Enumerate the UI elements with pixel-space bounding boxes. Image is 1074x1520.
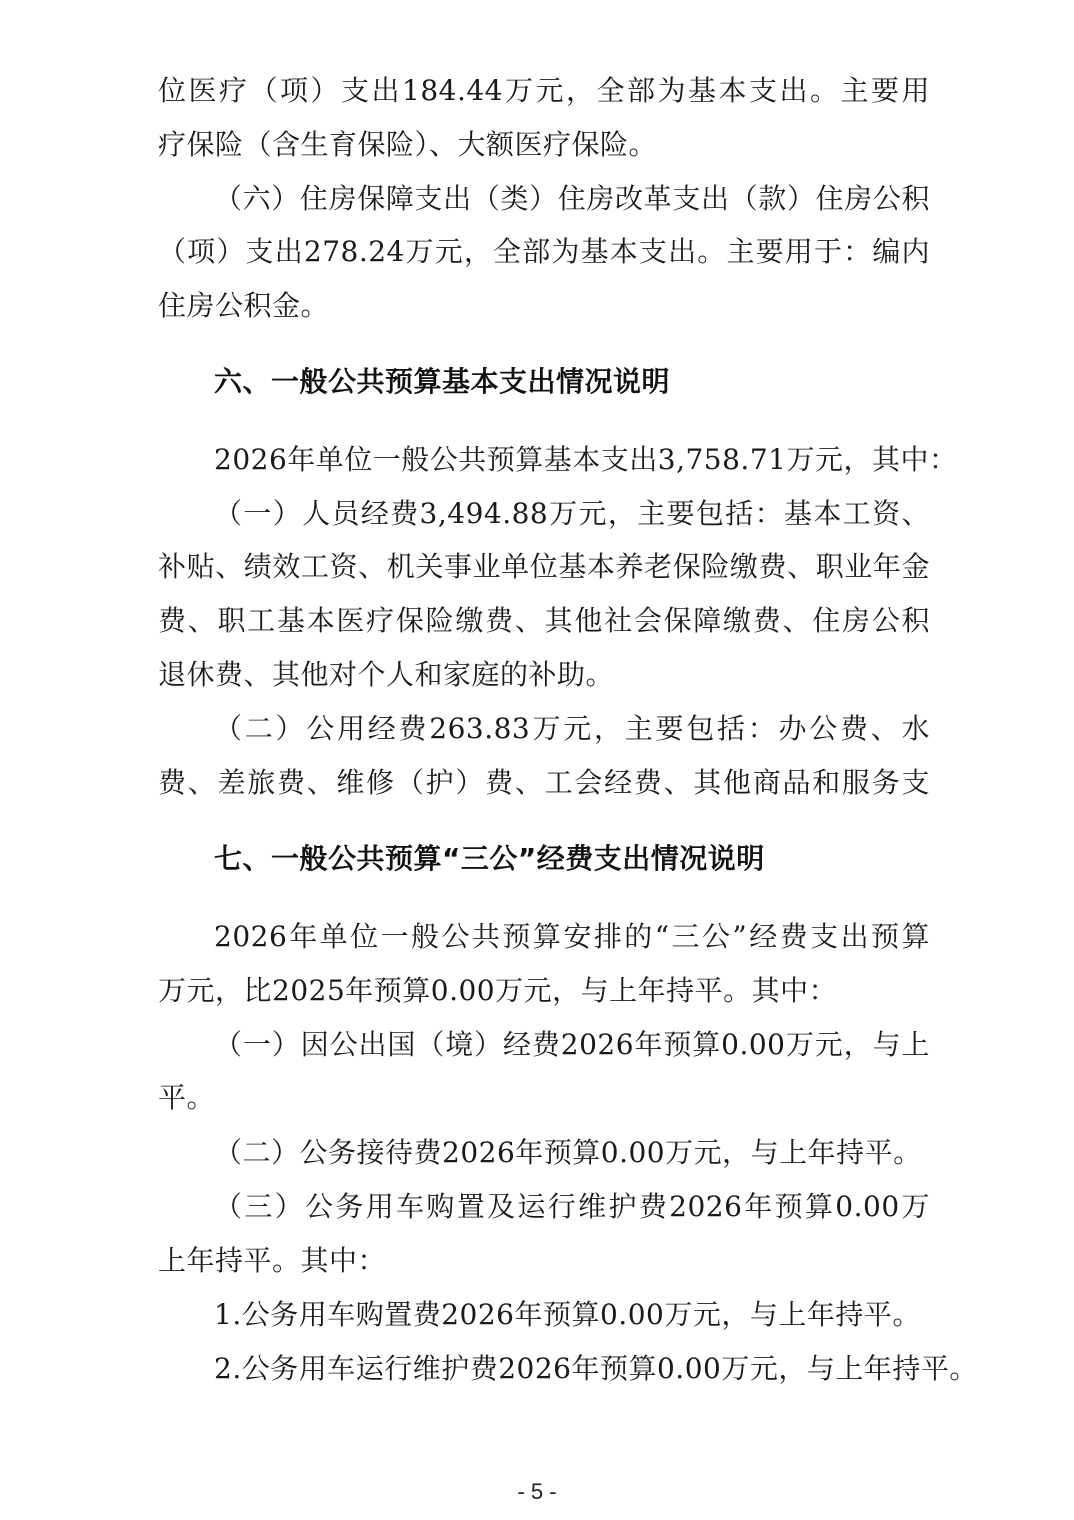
paragraph-line: 位医疗（项）支出184.44万元，全部为基本支出。主要用于：医 (158, 71, 930, 111)
paragraph-line: （项）支出278.24万元，全部为基本支出。主要用于：编内在职 (158, 232, 930, 272)
paragraph-line: 退休费、其他对个人和家庭的补助。 (158, 655, 930, 695)
paragraph-line: 费、差旅费、维修（护）费、工会经费、其他商品和服务支出。 (158, 763, 930, 803)
paragraph-line: 2026年单位一般公共预算基本支出3,758.71万元，其中： (214, 440, 930, 480)
paragraph-line: 疗保险（含生育保险）、大额医疗保险。 (158, 125, 930, 165)
paragraph-line: （二）公务接待费2026年预算0.00万元，与上年持平。 (214, 1133, 930, 1173)
paragraph-line: （六）住房保障支出（类）住房改革支出（款）住房公积金 (214, 179, 930, 219)
paragraph-line: 2.公务用车运行维护费2026年预算0.00万元，与上年持平。 (214, 1349, 930, 1389)
paragraph-line: 2026年单位一般公共预算安排的“三公”经费支出预算0.00 (214, 917, 930, 957)
paragraph-line: 平。 (158, 1078, 930, 1118)
paragraph-line: 住房公积金。 (158, 286, 930, 326)
section-heading-six: 六、一般公共预算基本支出情况说明 (214, 362, 670, 402)
paragraph-line: 费、职工基本医疗保险缴费、其他社会保障缴费、住房公积金、 (158, 601, 930, 641)
paragraph-line: 上年持平。其中： (158, 1241, 930, 1281)
paragraph-line: （三）公务用车购置及运行维护费2026年预算0.00万元，与 (214, 1187, 930, 1227)
paragraph-line: （一）人员经费3,494.88万元，主要包括：基本工资、津贴 (214, 494, 930, 534)
paragraph-line: 1.公务用车购置费2026年预算0.00万元，与上年持平。 (214, 1295, 930, 1335)
page-number: - 5 - (0, 1479, 1074, 1505)
paragraph-line: 补贴、绩效工资、机关事业单位基本养老保险缴费、职业年金缴 (158, 547, 930, 587)
paragraph-line: （一）因公出国（境）经费2026年预算0.00万元，与上年持 (214, 1025, 930, 1065)
paragraph-line: 万元，比2025年预算0.00万元，与上年持平。其中： (158, 971, 930, 1011)
section-heading-seven: 七、一般公共预算“三公”经费支出情况说明 (214, 839, 765, 879)
paragraph-line: （二）公用经费263.83万元，主要包括：办公费、水费、电 (214, 709, 930, 749)
